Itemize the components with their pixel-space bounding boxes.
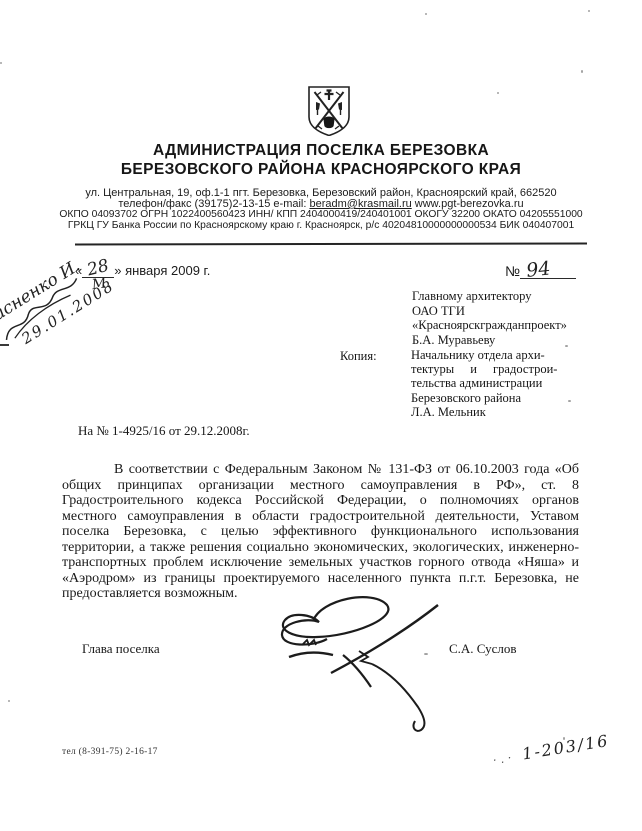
scan-speck xyxy=(424,653,428,655)
scan-dots: ·.· xyxy=(492,750,524,768)
codes-line: ОКПО 04093702 ОГРН 1022400560423 ИНН/ КП… xyxy=(0,209,642,220)
scan-speck xyxy=(581,70,583,73)
footer-phone: тел (8-391-75) 2-16-17 xyxy=(62,747,158,757)
scan-speck xyxy=(8,700,10,702)
recipient-line: Главному архитектору xyxy=(412,289,592,304)
scan-speck xyxy=(565,345,568,347)
scan-speck xyxy=(588,10,590,12)
copy-recipient-block: Начальнику отдела архи- тектуры и градос… xyxy=(411,348,583,419)
recipient-block: Главному архитектору ОАО ТГИ «Красноярск… xyxy=(412,289,592,347)
scan-speck xyxy=(497,92,499,94)
copy-line: Березовского района xyxy=(411,391,583,405)
copy-line: Л.А. Мельник xyxy=(411,405,583,419)
copy-line: Начальнику отдела архи- xyxy=(411,348,583,362)
org-title-line1: АДМИНИСТРАЦИЯ ПОСЕЛКА БЕРЕЗОВКА xyxy=(0,141,642,160)
scan-speck xyxy=(0,62,2,64)
berezovka-coat-of-arms-icon xyxy=(306,86,352,136)
number-line: №94 xyxy=(505,256,576,279)
number-label: № xyxy=(505,263,520,279)
footer-ref-value: 1-203/16 xyxy=(521,731,611,764)
handwritten-number: 94 xyxy=(519,257,551,282)
scan-mark xyxy=(0,344,9,346)
copy-line: тектуры и градострои- xyxy=(411,362,583,376)
org-title: АДМИНИСТРАЦИЯ ПОСЕЛКА БЕРЕЗОВКА БЕРЕЗОВС… xyxy=(0,141,642,179)
handwritten-footer-ref: ·.· 1-203/16 xyxy=(491,731,610,768)
handwritten-annotation: Лисненко И. 29.01.2008 xyxy=(0,210,175,362)
number-slot: 94 xyxy=(520,256,576,279)
signature-scribble-icon xyxy=(255,589,475,741)
signer-title: Глава поселка xyxy=(82,641,160,657)
scan-speck xyxy=(563,737,565,740)
recipient-line: ОАО ТГИ xyxy=(412,304,592,319)
scanned-letter-page: АДМИНИСТРАЦИЯ ПОСЕЛКА БЕРЕЗОВКА БЕРЕЗОВС… xyxy=(0,0,642,831)
bank-line: ГРКЦ ГУ Банка России по Красноярскому кр… xyxy=(0,220,642,231)
recipient-line: «Красноярскгражданпроект» xyxy=(412,318,592,333)
copy-line: тельства администрации xyxy=(411,376,583,390)
copy-label: Копия: xyxy=(340,349,377,364)
reference-line: На № 1-4925/16 от 29.12.2008г. xyxy=(78,423,250,439)
body-paragraph: В соответствии с Федеральным Законом № 1… xyxy=(62,462,579,602)
scan-speck xyxy=(568,400,571,402)
scan-speck xyxy=(425,13,427,15)
org-title-line2: БЕРЕЗОВСКОГО РАЙОНА КРАСНОЯРСКОГО КРАЯ xyxy=(0,160,642,179)
